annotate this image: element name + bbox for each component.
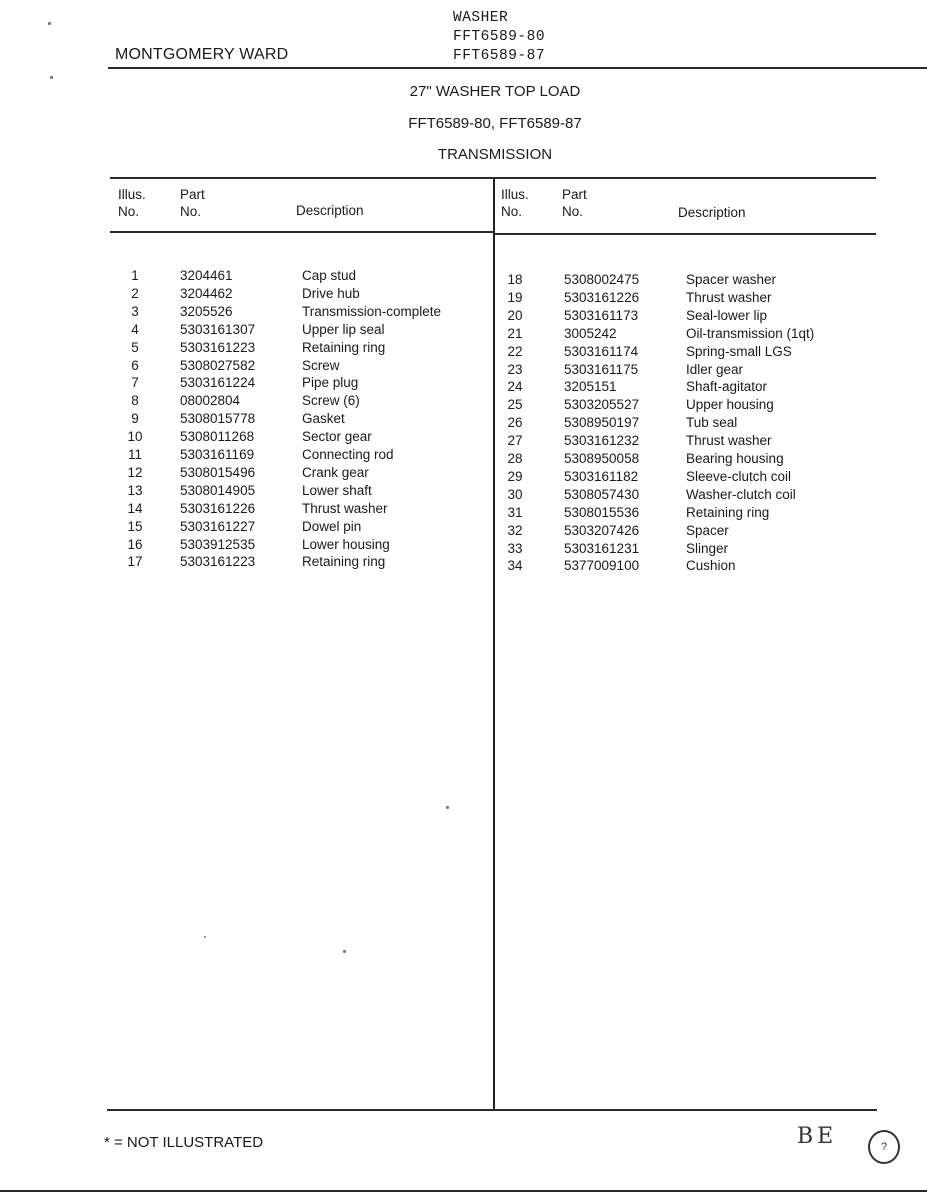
part-description: Upper lip seal xyxy=(302,321,385,339)
illus-number: 4 xyxy=(120,321,150,339)
model-block-line: WASHER xyxy=(453,9,545,28)
part-description: Lower shaft xyxy=(302,482,372,500)
illus-number: 8 xyxy=(120,392,150,410)
part-description: Crank gear xyxy=(302,464,369,482)
col-header-description: Description xyxy=(296,202,364,219)
part-number: 5303161231 xyxy=(564,540,639,558)
part-description: Sleeve-clutch coil xyxy=(686,468,791,486)
header-divider xyxy=(108,67,927,69)
illus-number: 20 xyxy=(500,307,530,325)
models-title: FFT6589-80, FFT6589-87 xyxy=(0,115,927,132)
part-number: 5308014905 xyxy=(180,482,255,500)
part-number: 3205526 xyxy=(180,303,233,321)
part-description: Thrust washer xyxy=(686,432,772,450)
illus-number: 16 xyxy=(120,536,150,554)
illus-number: 29 xyxy=(500,468,530,486)
page-bottom-rule xyxy=(0,1190,927,1192)
illus-number: 11 xyxy=(120,446,150,464)
part-number: 3204461 xyxy=(180,267,233,285)
part-description: Slinger xyxy=(686,540,728,558)
part-description: Gasket xyxy=(302,410,345,428)
section-title: TRANSMISSION xyxy=(0,146,927,163)
part-description: Upper housing xyxy=(686,396,774,414)
part-description: Idler gear xyxy=(686,361,743,379)
illus-number: 34 xyxy=(500,557,530,575)
illus-number: 22 xyxy=(500,343,530,361)
table-header-rule-left xyxy=(110,231,495,233)
illus-number: 23 xyxy=(500,361,530,379)
part-number: 5303161169 xyxy=(180,446,254,464)
scan-speck xyxy=(204,936,206,938)
model-block: WASHER FFT6589-80 FFT6589-87 xyxy=(453,9,545,66)
part-description: Spacer washer xyxy=(686,271,776,289)
part-number: 5303161232 xyxy=(564,432,639,450)
illus-number: 1 xyxy=(120,267,150,285)
illus-number: 10 xyxy=(120,428,150,446)
scan-speck xyxy=(48,22,51,25)
illus-number: 25 xyxy=(500,396,530,414)
part-description: Washer-clutch coil xyxy=(686,486,796,504)
part-description: Transmission-complete xyxy=(302,303,441,321)
product-title: 27" WASHER TOP LOAD xyxy=(0,83,927,100)
illus-number: 7 xyxy=(120,374,150,392)
col-header-illus: Illus. No. xyxy=(501,186,529,220)
part-number: 5303161227 xyxy=(180,518,255,536)
part-description: Lower housing xyxy=(302,536,390,554)
part-description: Dowel pin xyxy=(302,518,361,536)
circle-stamp-icon: ? xyxy=(868,1130,900,1164)
part-number: 5308002475 xyxy=(564,271,639,289)
part-number: 5308057430 xyxy=(564,486,639,504)
part-description: Spring-small LGS xyxy=(686,343,792,361)
illus-number: 27 xyxy=(500,432,530,450)
part-number: 3204462 xyxy=(180,285,233,303)
part-number: 3205151 xyxy=(564,378,617,396)
part-number: 5303912535 xyxy=(180,536,255,554)
illus-number: 3 xyxy=(120,303,150,321)
illus-number: 33 xyxy=(500,540,530,558)
col-header-description: Description xyxy=(678,204,746,221)
col-header-illus: Illus. No. xyxy=(118,186,146,220)
not-illustrated-note: * = NOT ILLUSTRATED xyxy=(104,1134,263,1151)
scan-speck xyxy=(343,950,346,953)
part-number: 5308950058 xyxy=(564,450,639,468)
part-description: Thrust washer xyxy=(302,500,388,518)
illus-number: 28 xyxy=(500,450,530,468)
part-number: 5303161307 xyxy=(180,321,255,339)
part-number: 5303161223 xyxy=(180,339,255,357)
illus-number: 9 xyxy=(120,410,150,428)
illus-number: 26 xyxy=(500,414,530,432)
part-number: 5308011268 xyxy=(180,428,254,446)
illus-number: 12 xyxy=(120,464,150,482)
part-description: Shaft-agitator xyxy=(686,378,767,396)
col-header-part: Part No. xyxy=(562,186,587,220)
part-description: Retaining ring xyxy=(302,339,385,357)
part-number: 5377009100 xyxy=(564,557,639,575)
part-number: 5308950197 xyxy=(564,414,639,432)
part-number: 5303161226 xyxy=(564,289,639,307)
scan-speck xyxy=(50,76,53,79)
illus-number: 18 xyxy=(500,271,530,289)
part-description: Screw (6) xyxy=(302,392,360,410)
illus-number: 31 xyxy=(500,504,530,522)
illus-number: 6 xyxy=(120,357,150,375)
illus-number: 32 xyxy=(500,522,530,540)
part-description: Tub seal xyxy=(686,414,737,432)
part-number: 5303161223 xyxy=(180,553,255,571)
table-header-rule-right xyxy=(495,233,876,235)
part-description: Cap stud xyxy=(302,267,356,285)
part-description: Drive hub xyxy=(302,285,360,303)
part-number: 3005242 xyxy=(564,325,617,343)
illus-number: 13 xyxy=(120,482,150,500)
part-description: Sector gear xyxy=(302,428,372,446)
part-number: 5303161173 xyxy=(564,307,638,325)
part-number: 5308015778 xyxy=(180,410,255,428)
illus-number: 21 xyxy=(500,325,530,343)
part-number: 5303207426 xyxy=(564,522,639,540)
illus-number: 2 xyxy=(120,285,150,303)
illus-number: 30 xyxy=(500,486,530,504)
part-description: Screw xyxy=(302,357,340,375)
part-description: Cushion xyxy=(686,557,736,575)
table-bottom-rule xyxy=(107,1109,877,1111)
company-name: MONTGOMERY WARD xyxy=(115,46,288,64)
part-description: Bearing housing xyxy=(686,450,784,468)
part-number: 5303161224 xyxy=(180,374,255,392)
part-number: 5303161174 xyxy=(564,343,638,361)
part-description: Pipe plug xyxy=(302,374,358,392)
illus-number: 19 xyxy=(500,289,530,307)
illus-number: 5 xyxy=(120,339,150,357)
illus-number: 14 xyxy=(120,500,150,518)
part-description: Retaining ring xyxy=(686,504,769,522)
part-description: Spacer xyxy=(686,522,729,540)
part-number: 5303161182 xyxy=(564,468,638,486)
illus-number: 17 xyxy=(120,553,150,571)
part-description: Seal-lower lip xyxy=(686,307,767,325)
part-number: 5308027582 xyxy=(180,357,255,375)
part-number: 5308015496 xyxy=(180,464,255,482)
part-description: Retaining ring xyxy=(302,553,385,571)
part-description: Thrust washer xyxy=(686,289,772,307)
part-number: 5303161226 xyxy=(180,500,255,518)
model-block-line: FFT6589-87 xyxy=(453,47,545,66)
col-header-part: Part No. xyxy=(180,186,205,220)
part-number: 08002804 xyxy=(180,392,240,410)
part-number: 5308015536 xyxy=(564,504,639,522)
illus-number: 15 xyxy=(120,518,150,536)
model-block-line: FFT6589-80 xyxy=(453,28,545,47)
scan-speck xyxy=(446,806,449,809)
part-number: 5303161175 xyxy=(564,361,638,379)
part-description: Connecting rod xyxy=(302,446,394,464)
illus-number: 24 xyxy=(500,378,530,396)
handwritten-initials: BE xyxy=(797,1124,837,1149)
table-column-divider xyxy=(493,178,495,1110)
part-number: 5303205527 xyxy=(564,396,639,414)
part-description: Oil-transmission (1qt) xyxy=(686,325,814,343)
